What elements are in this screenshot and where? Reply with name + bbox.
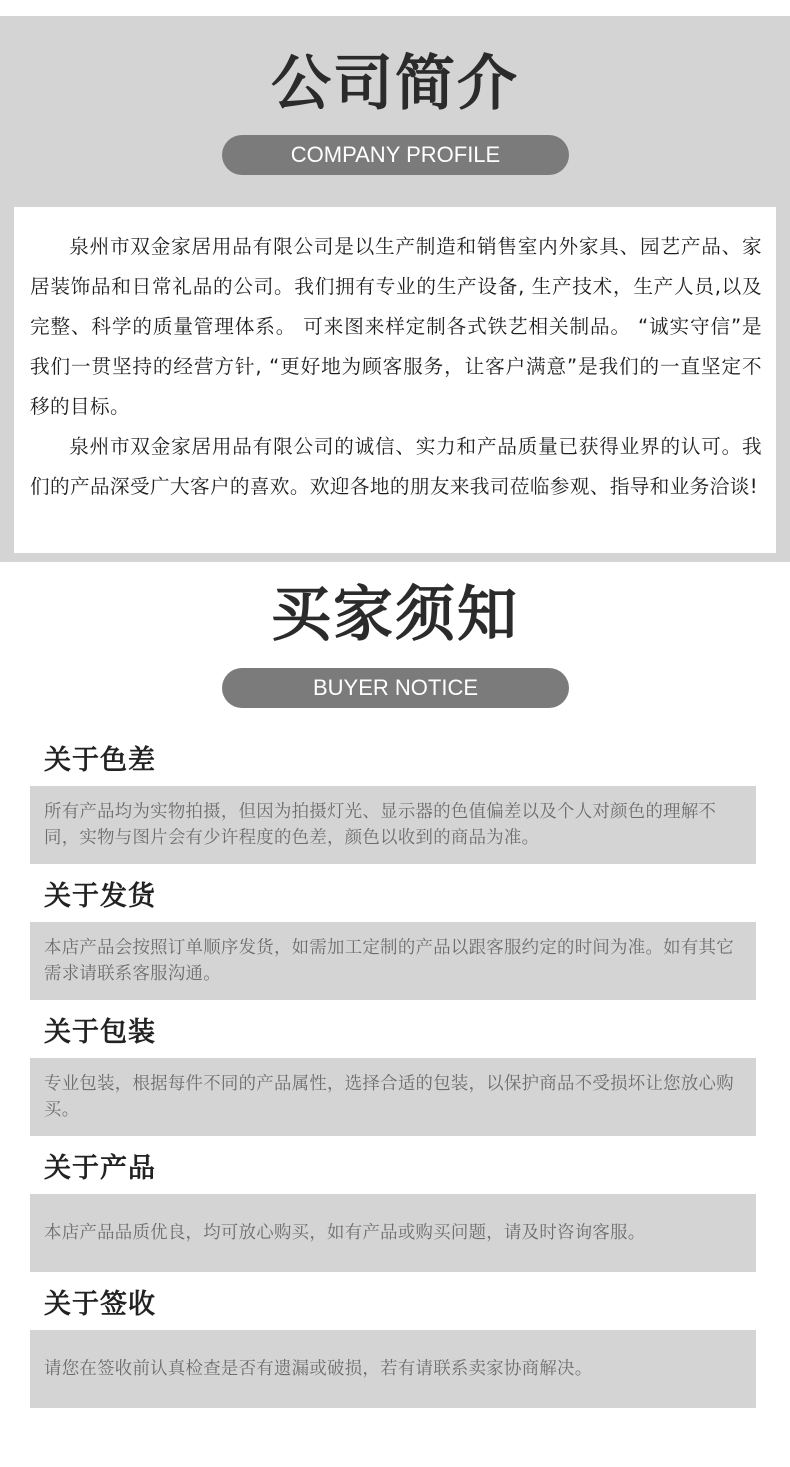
company-profile-text-box: 泉州市双金家居用品有限公司是以生产制造和销售室内外家具、园艺产品、家居装饰品和日… <box>14 207 776 553</box>
buyer-notice-section: 买家须知 BUYER NOTICE 关于色差 所有产品均为实物拍摄，但因为拍摄灯… <box>0 562 790 1467</box>
company-profile-badge: COMPANY PROFILE <box>222 135 569 175</box>
notice-box: 请您在签收前认真检查是否有遗漏或破损，若有请联系卖家协商解决。 <box>30 1330 756 1408</box>
notice-item-product: 关于产品 本店产品品质优良，均可放心购买，如有产品或购买问题，请及时咨询客服。 <box>0 1144 790 1280</box>
notice-text: 所有产品均为实物拍摄，但因为拍摄灯光、显示器的色值偏差以及个人对颜色的理解不同，… <box>44 799 742 851</box>
notice-heading: 关于包装 <box>44 1016 156 1050</box>
notice-heading: 关于色差 <box>44 744 156 778</box>
company-profile-title: 公司简介 <box>0 54 790 114</box>
notice-text: 本店产品品质优良，均可放心购买，如有产品或购买问题，请及时咨询客服。 <box>44 1220 646 1246</box>
notice-box: 本店产品会按照订单顺序发货，如需加工定制的产品以跟客服约定的时间为准。如有其它需… <box>30 922 756 1000</box>
notice-item-color-difference: 关于色差 所有产品均为实物拍摄，但因为拍摄灯光、显示器的色值偏差以及个人对颜色的… <box>0 736 790 872</box>
notice-item-shipping: 关于发货 本店产品会按照订单顺序发货，如需加工定制的产品以跟客服约定的时间为准。… <box>0 872 790 1008</box>
notice-list: 关于色差 所有产品均为实物拍摄，但因为拍摄灯光、显示器的色值偏差以及个人对颜色的… <box>0 736 790 1416</box>
notice-box: 所有产品均为实物拍摄，但因为拍摄灯光、显示器的色值偏差以及个人对颜色的理解不同，… <box>30 786 756 864</box>
notice-heading: 关于签收 <box>44 1288 156 1322</box>
buyer-notice-title: 买家须知 <box>0 585 790 645</box>
notice-box: 本店产品品质优良，均可放心购买，如有产品或购买问题，请及时咨询客服。 <box>30 1194 756 1272</box>
buyer-notice-badge: BUYER NOTICE <box>222 668 569 708</box>
notice-item-packaging: 关于包装 专业包装，根据每件不同的产品属性，选择合适的包装，以保护商品不受损坏让… <box>0 1008 790 1144</box>
profile-paragraph: 泉州市双金家居用品有限公司的诚信、实力和产品质量已获得业界的认可。我们的产品深受… <box>30 427 762 507</box>
notice-heading: 关于产品 <box>44 1152 156 1186</box>
profile-paragraph: 泉州市双金家居用品有限公司是以生产制造和销售室内外家具、园艺产品、家居装饰品和日… <box>30 227 762 427</box>
notice-box: 专业包装，根据每件不同的产品属性，选择合适的包装，以保护商品不受损坏让您放心购买… <box>30 1058 756 1136</box>
notice-heading: 关于发货 <box>44 880 156 914</box>
notice-text: 请您在签收前认真检查是否有遗漏或破损，若有请联系卖家协商解决。 <box>44 1356 592 1382</box>
top-spacer <box>0 0 790 16</box>
notice-text: 专业包装，根据每件不同的产品属性，选择合适的包装，以保护商品不受损坏让您放心购买… <box>44 1071 742 1123</box>
company-profile-section: 公司简介 COMPANY PROFILE 泉州市双金家居用品有限公司是以生产制造… <box>0 16 790 562</box>
notice-item-receipt: 关于签收 请您在签收前认真检查是否有遗漏或破损，若有请联系卖家协商解决。 <box>0 1280 790 1416</box>
notice-text: 本店产品会按照订单顺序发货，如需加工定制的产品以跟客服约定的时间为准。如有其它需… <box>44 935 742 987</box>
